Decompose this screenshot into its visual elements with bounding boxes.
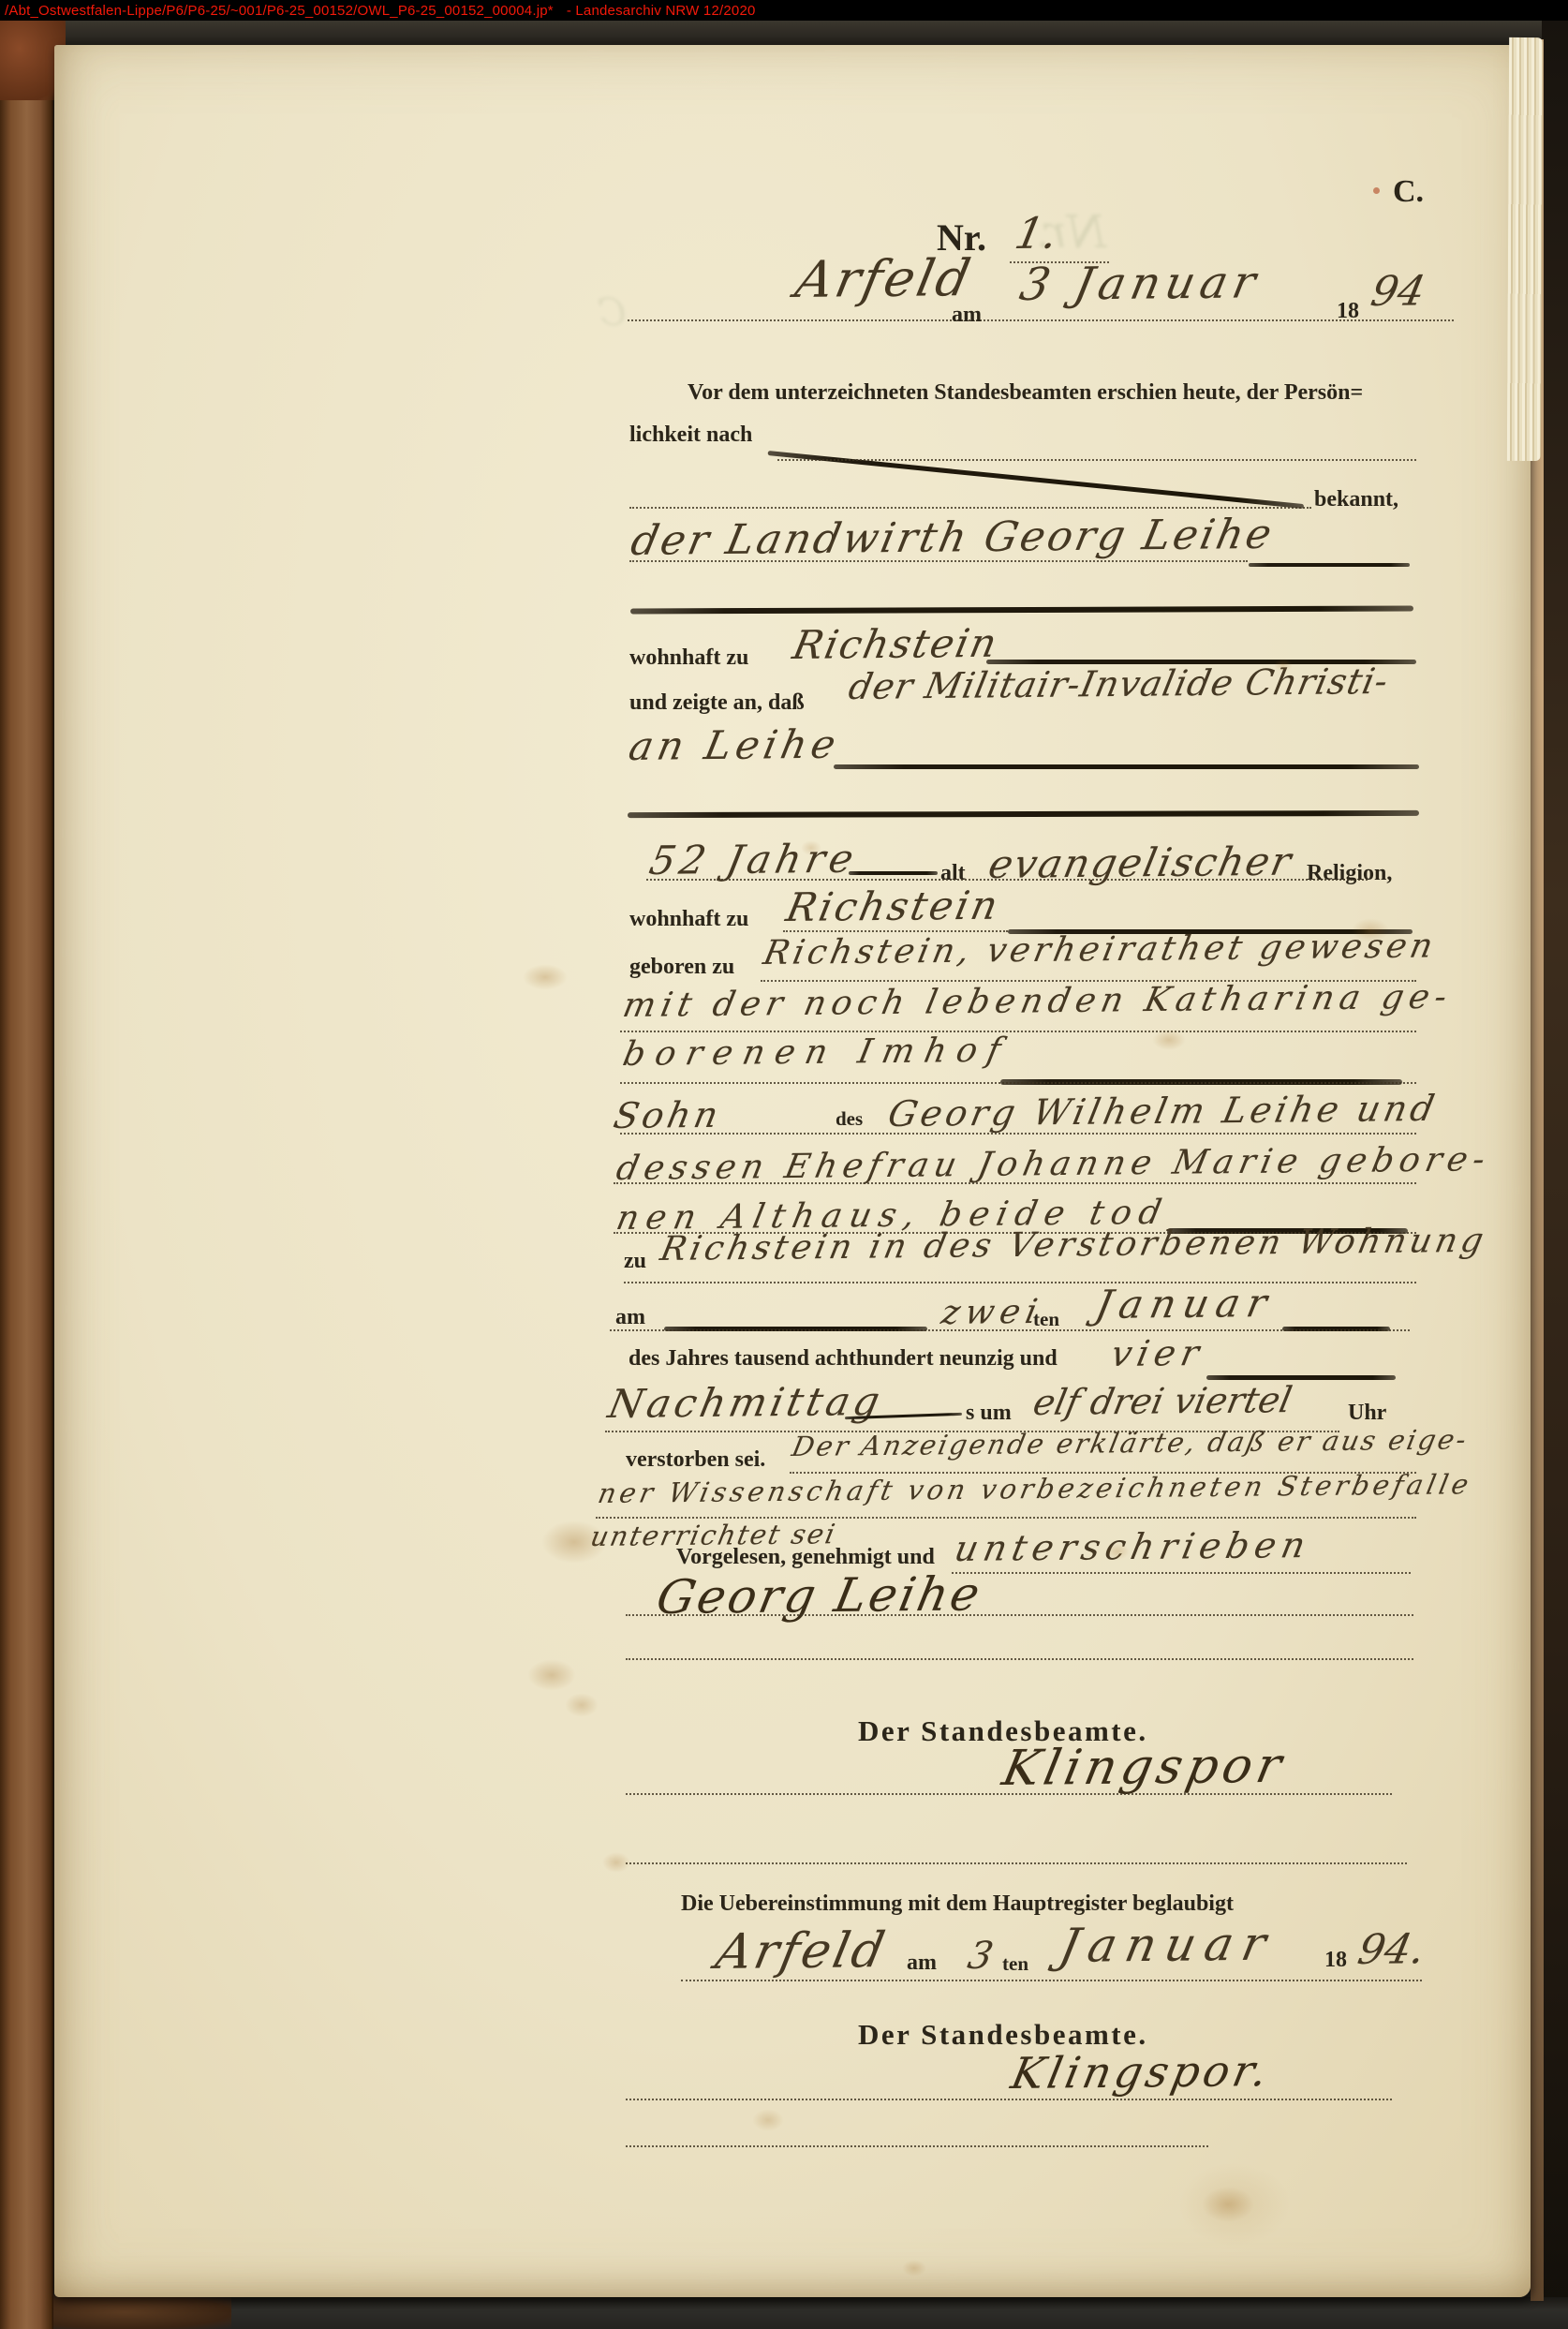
certification-century: 18 [1324, 1949, 1347, 1971]
foxing-spot [1105, 1543, 1130, 1560]
bleedthrough-mark: C [598, 294, 627, 332]
dotted-rule [626, 2145, 1208, 2147]
residence2-label: wohnhaft zu [629, 908, 748, 930]
right-cover [1542, 21, 1568, 2329]
religion-label: Religion, [1307, 862, 1392, 884]
dotted-rule [626, 2099, 1392, 2100]
dotted-rule [629, 560, 1248, 562]
deceased-line1: der Militair-Invalide Christi- [846, 663, 1392, 705]
dotted-rule [626, 1862, 1407, 1864]
certification-place: Arfeld [712, 1926, 891, 1977]
intro-line1: Vor dem unterzeichneten Standesbeamten e… [688, 381, 1363, 404]
dotted-rule [681, 1980, 1422, 1981]
deceased-age: 52 Jahre [646, 839, 862, 881]
viewer-titlebar: /Abt_Ostwestfalen-Lippe/P6/P6-25/~001/P6… [0, 0, 1568, 21]
left-binding [0, 21, 53, 2329]
bottom-rust-patch [53, 2295, 231, 2329]
corner-letter: C. [1393, 176, 1424, 208]
son-word: Sohn [611, 1097, 725, 1134]
dateline-am-label: am [952, 304, 982, 326]
report-label: und zeigte an, daß [629, 691, 805, 714]
registrar-signature: Klingspor [998, 1742, 1290, 1793]
death-day: zwei [939, 1296, 1045, 1330]
dotted-rule [628, 319, 1454, 321]
book-spread: Nr. C C. Nr. 1. Arfeld am 3 Januar 18 94… [0, 21, 1568, 2329]
dotted-rule [646, 879, 1368, 881]
ink-line [628, 810, 1419, 818]
dotted-rule [629, 507, 1311, 509]
register-page: Nr. C C. Nr. 1. Arfeld am 3 Januar 18 94… [54, 45, 1531, 2297]
am-label: am [615, 1306, 645, 1328]
dateline-century: 18 [1337, 300, 1359, 322]
mother-line1: dessen Ehefrau Johanne Marie gebore- [614, 1143, 1493, 1186]
death-month: Januar [1092, 1283, 1278, 1325]
ink-line [834, 764, 1419, 769]
death-place-line: Richstein in des Verstorbenen Wohnung [658, 1224, 1489, 1267]
dateline-year: 94 [1368, 271, 1428, 313]
uhr-label: Uhr [1348, 1402, 1386, 1424]
declarant-name-line: der Landwirth Georg Leihe [628, 514, 1278, 562]
foxing-spot [801, 840, 821, 855]
declaration-line1: Der Anzeigende erklärte, daß er aus eige… [790, 1426, 1471, 1461]
father-line: Georg Wilhelm Leihe und [885, 1090, 1441, 1132]
certification-day: 3 [965, 1937, 997, 1975]
residence-label: wohnhaft zu [629, 646, 748, 669]
dateline-place: Arfeld [791, 253, 977, 305]
deceased-residence: Richstein [783, 886, 1003, 927]
certification-ten-label: ten [1002, 1954, 1028, 1974]
registrar-title2: Der Standesbeamte. [858, 2020, 1148, 2049]
registrar-signature2: Klingspor. [1008, 2049, 1275, 2095]
declarant-residence: Richstein [790, 624, 1001, 665]
archive-label: - Landesarchiv NRW 12/2020 [567, 3, 756, 19]
declarant-signature: Georg Leihe [653, 1570, 986, 1621]
ten-label: ten [1033, 1310, 1059, 1329]
read-approved-label: Vorgelesen, genehmigt und [676, 1546, 935, 1568]
foxing-spot [527, 1659, 576, 1691]
spouse-line2: borenen Imhof [620, 1034, 1013, 1072]
death-hour: elf drei viertel [1030, 1382, 1294, 1420]
red-speck [1373, 187, 1380, 194]
certification-year: 94. [1354, 1929, 1428, 1971]
dotted-rule [777, 459, 1416, 461]
ink-line [849, 871, 938, 875]
certification-line: Die Uebereinstimmung mit dem Hauptregist… [681, 1892, 1234, 1915]
known-label: bekannt, [1314, 488, 1398, 511]
born-line: Richstein, verheirathet gewesen [761, 930, 1439, 971]
dateline-day-month: 3 Januar [1016, 260, 1265, 307]
certification-month: Januar [1056, 1921, 1280, 1969]
died-label: verstorben sei. [626, 1448, 765, 1471]
des-label: des [836, 1109, 863, 1129]
foxing-spot [602, 1852, 630, 1873]
dotted-rule [620, 1031, 1416, 1032]
file-path-text: /Abt_Ostwestfalen-Lippe/P6/P6-25/~001/P6… [5, 3, 554, 19]
ink-line [630, 606, 1413, 615]
intro-line2-label: lichkeit nach [629, 423, 752, 446]
foxing-spot [902, 2260, 926, 2277]
dotted-rule [624, 1282, 1416, 1283]
dotted-rule [952, 1572, 1411, 1574]
deceased-line2: an Leihe [626, 725, 844, 766]
declaration-line2: ner Wissenschaft von vorbezeichneten Ste… [596, 1471, 1474, 1507]
dotted-rule [626, 1614, 1413, 1616]
foxing-spot [541, 1521, 607, 1564]
bottom-cover-edge [53, 2297, 1568, 2329]
page-edge-stack [1507, 37, 1543, 461]
foxing-spot [1352, 918, 1389, 942]
ink-line [1249, 563, 1410, 567]
foxing-spot [1178, 2162, 1291, 2247]
dotted-rule [620, 1082, 1416, 1084]
spouse-line1: mit der noch lebenden Katharina ge- [620, 981, 1456, 1023]
alt-label: alt [940, 862, 966, 884]
certification-am-label: am [907, 1951, 937, 1974]
dotted-rule [614, 1182, 1416, 1184]
foxing-spot [523, 964, 568, 990]
zu-label: zu [624, 1250, 646, 1272]
death-year-label: des Jahres tausend achthundert neunzig u… [629, 1347, 1058, 1370]
dotted-rule [620, 1133, 1416, 1135]
um-label: s um [966, 1402, 1012, 1424]
record-number-value: 1. [1012, 212, 1061, 255]
foxing-spot [565, 1693, 599, 1717]
foxing-spot [752, 2109, 784, 2131]
born-label: geboren zu [629, 956, 734, 978]
dotted-rule [626, 1658, 1413, 1660]
signed-word: unterschrieben [952, 1527, 1314, 1566]
dotted-rule [626, 1793, 1392, 1795]
dotted-rule [610, 1329, 1410, 1331]
foxing-spot [1152, 1030, 1186, 1050]
death-year-value: vier [1108, 1335, 1207, 1372]
foxing-spot [1274, 659, 1293, 672]
